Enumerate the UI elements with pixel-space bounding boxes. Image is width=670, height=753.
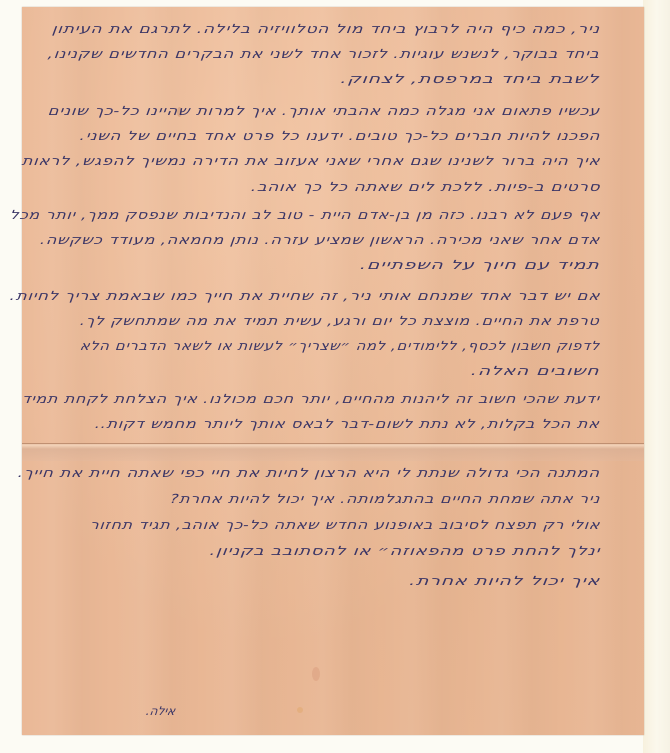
letter-line: איך היה ברור לשנינו שגם אחרי שאני אעזוב … — [21, 153, 601, 168]
letter-body: ניר, כמה כיף היה לרבוץ ביחד מול הטלוויזי… — [22, 7, 644, 735]
letter-line: ינלך להחת פרט מהפאוזה״ או להסתובב בקניון… — [209, 543, 601, 558]
letter-line: את הכל בקלות, לא נתת לשום-דבר לבאס אותך … — [95, 416, 601, 431]
letter-line: לדפוק חשבון לכסף, ללימודים, למה ״שצריך״ … — [79, 338, 601, 353]
letter-line: אם יש דבר אחד שמנחם אותי ניר, זה שחיית א… — [9, 288, 601, 303]
letter-line: ניר, כמה כיף היה לרבוץ ביחד מול הטלוויזי… — [51, 21, 601, 36]
letter-line: הפכנו להיות חברים כל-כך טובים. ידענו כל … — [79, 128, 601, 143]
letter-line: תמיד עם חיוך על השפתיים. — [360, 257, 601, 272]
letter-line: ניר אתה שמחת החיים בהתגלמותה. איך יכול ל… — [169, 491, 601, 506]
letter-line: ידעת שהכי חשוב זה ליהנות מהחיים, יותר חכ… — [21, 391, 600, 406]
signature: אילה. — [145, 704, 176, 718]
letter-line: סרטים ב-פיות. ללכת לים שאתה כל כך אוהב. — [250, 179, 601, 194]
letter-line: חשובים האלה. — [471, 363, 601, 378]
scan-right-margin — [643, 0, 670, 753]
letter-paper: ניר, כמה כיף היה לרבוץ ביחד מול הטלוויזי… — [22, 7, 644, 735]
letter-line: אף פעם לא רבנו. כזה מן בן-אדם היית - טוב… — [9, 207, 601, 222]
letter-line: ביחד בבוקר, לנשנש עוגיות. לזכור אחד לשני… — [47, 46, 600, 61]
letter-line: לשבת ביחד במרפסת, לצחוק. — [340, 71, 600, 86]
letter-line: אדם אחר שאני מכירה. הראשון שמציע עזרה. נ… — [39, 232, 600, 247]
letter-line: המתנה הכי גדולה שנתת לי היא הרצון לחיות … — [17, 465, 601, 480]
letter-line: איך יכול להיות אחרת. — [408, 573, 600, 588]
letter-line: טרפת את החיים. מוצצת כל יום ורגע, עשית ת… — [80, 313, 601, 328]
letter-line: עכשיו פתאום אני מגלה כמה אהבתי אותך. איך… — [47, 103, 601, 118]
letter-line: אולי רק תפצח לסיבוב באופנוע החדש שאתה כל… — [89, 517, 601, 532]
